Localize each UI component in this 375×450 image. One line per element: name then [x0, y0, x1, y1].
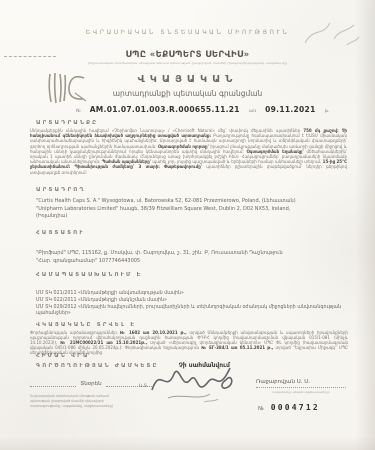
manufacturer-line: "Curtis Health Caps S. A." Wysogotowa, u…: [36, 198, 341, 206]
document-subtitle: արտադրանքի պետական գրանցման: [0, 89, 375, 98]
signatory-name-note: (ազգանունը, անվան սկզբնատառերը): [256, 390, 346, 394]
document-title: ՎԿԱՅԱԿԱՆ: [0, 74, 375, 85]
issued-segment: № ЕГ-384/1 առ 05.11.2021 թ.,: [201, 345, 273, 350]
registration-date: 09.11.2021: [265, 105, 315, 114]
basis-heading: ՀԻՄԱՆ ՎՐԱ: [36, 353, 90, 359]
product-segment: Փաթեթավորումը՝: [164, 164, 202, 169]
issued-basis-text: Փորձաքննության արձանագրություններ № 1602…: [30, 330, 348, 355]
product-description: Սննդամթերքին սննդային հավելում «Չերիսոֆտ…: [30, 128, 347, 175]
compliance-item: ՄՄ ՏԿ 022/2011 «Սննդամթերքի մակնշման մաս…: [36, 298, 346, 305]
compliance-item: ՄՄ ՏԿ 029/2012 «Սննդային հավելումների, բ…: [36, 305, 346, 319]
director-line: Տնօրեն: [30, 381, 152, 387]
manufacturer-heading: ԱՐՏԱԴՐՈՂ: [36, 187, 86, 193]
manufacturer-line: (Իռլանդիա): [36, 213, 341, 221]
applicant-line: "Հար. գրանցահամար" 1077746443005: [36, 258, 341, 266]
scan-shadow-right: [355, 0, 375, 450]
number-sign: №: [76, 109, 81, 114]
scan-shadow-bottom: [0, 436, 375, 450]
product-heading: ԱՐՏԱԴՐԱՆՔԸ: [36, 120, 98, 126]
serial-number-sign: №: [258, 406, 264, 412]
validity-heading: ԳՈՐԾՈՂՈՒԹՅԱՆ ԺԱՄԿԵՏԸ: [36, 363, 159, 369]
signature-rule-left: [30, 382, 76, 387]
compliance-item: ՄՄ ՏԿ 021/2011 «Սննդամթերքի անվտանգությա…: [36, 291, 346, 298]
applicant-lines: "Բիոֆարմ" ՍՊԸ, 115162, ք. Մոսկվա, փ. Շաբ…: [36, 250, 341, 265]
issuing-org-note: (Եվրասիական տնտեսական միության անդամ պետ…: [0, 61, 375, 65]
registration-number-line: № AM.01.07.01.003.R.000655.11.21 առ 09.1…: [76, 105, 329, 114]
applicant-heading: ՀԱՅՏԱՏՈՒ: [36, 230, 85, 236]
product-segment: Պիտանիության ժամկետը՝ 3 տարի:: [74, 164, 160, 169]
serial-number: 0004712: [271, 403, 320, 412]
registration-number: AM.01.07.01.003.R.000655.11.21: [90, 105, 240, 114]
union-title: ԵՎՐԱՍԻԱԿԱՆ ՏՆՏԵՍԱԿԱՆ ՄԻՈՒԹՅՈՒՆ: [0, 29, 375, 36]
signature-caption: (Եվրասիական տնտեսական միության անդամ պետ…: [30, 394, 155, 408]
certificate-page: ԵՎՐԱՍԻԱԿԱՆ ՏՆՏԵՍԱԿԱՆ ՄԻՈՒԹՅՈՒՆ ՍՊԸ «ԵՔՍՊ…: [0, 0, 375, 450]
signatory-name: Ռաջաբովյան Ս. Ս.: [256, 379, 346, 388]
director-label: Տնօրեն: [80, 381, 101, 387]
year-abbr: թ.: [325, 109, 330, 114]
issued-heading: ՎԿԱՅԱԿԱՆԸ ՏՐՎԵԼ Է: [36, 322, 136, 328]
compliance-heading: ՀԱՄԱՊԱՏԱՍԽԱՆՈՒՄ Է: [36, 272, 142, 278]
blank-serial: № 0004712: [258, 403, 320, 412]
handwritten-signature: [146, 358, 246, 406]
manufacturer-lines: "Curtis Health Caps S. A." Wysogotowa, u…: [36, 198, 341, 221]
applicant-line: "Բիոֆարմ" ՍՊԸ, 115162, ք. Մոսկվա, փ. Շաբ…: [36, 250, 341, 258]
compliance-list: ՄՄ ՏԿ 021/2011 «Սննդամթերքի անվտանգությա…: [36, 291, 346, 318]
manufacturer-line: "Unipharm Laboratories Limited" հասցե, 3…: [36, 206, 341, 214]
signature-caption-line: ստորագրությունը, ազգանունը, սկզբնատառերը…: [30, 404, 155, 409]
date-word: առ: [249, 109, 256, 114]
issuing-org-name: ՍՊԸ «ԵՔՍՊԵՐՏ ՍԵՐՎԻՍ»: [0, 50, 375, 60]
